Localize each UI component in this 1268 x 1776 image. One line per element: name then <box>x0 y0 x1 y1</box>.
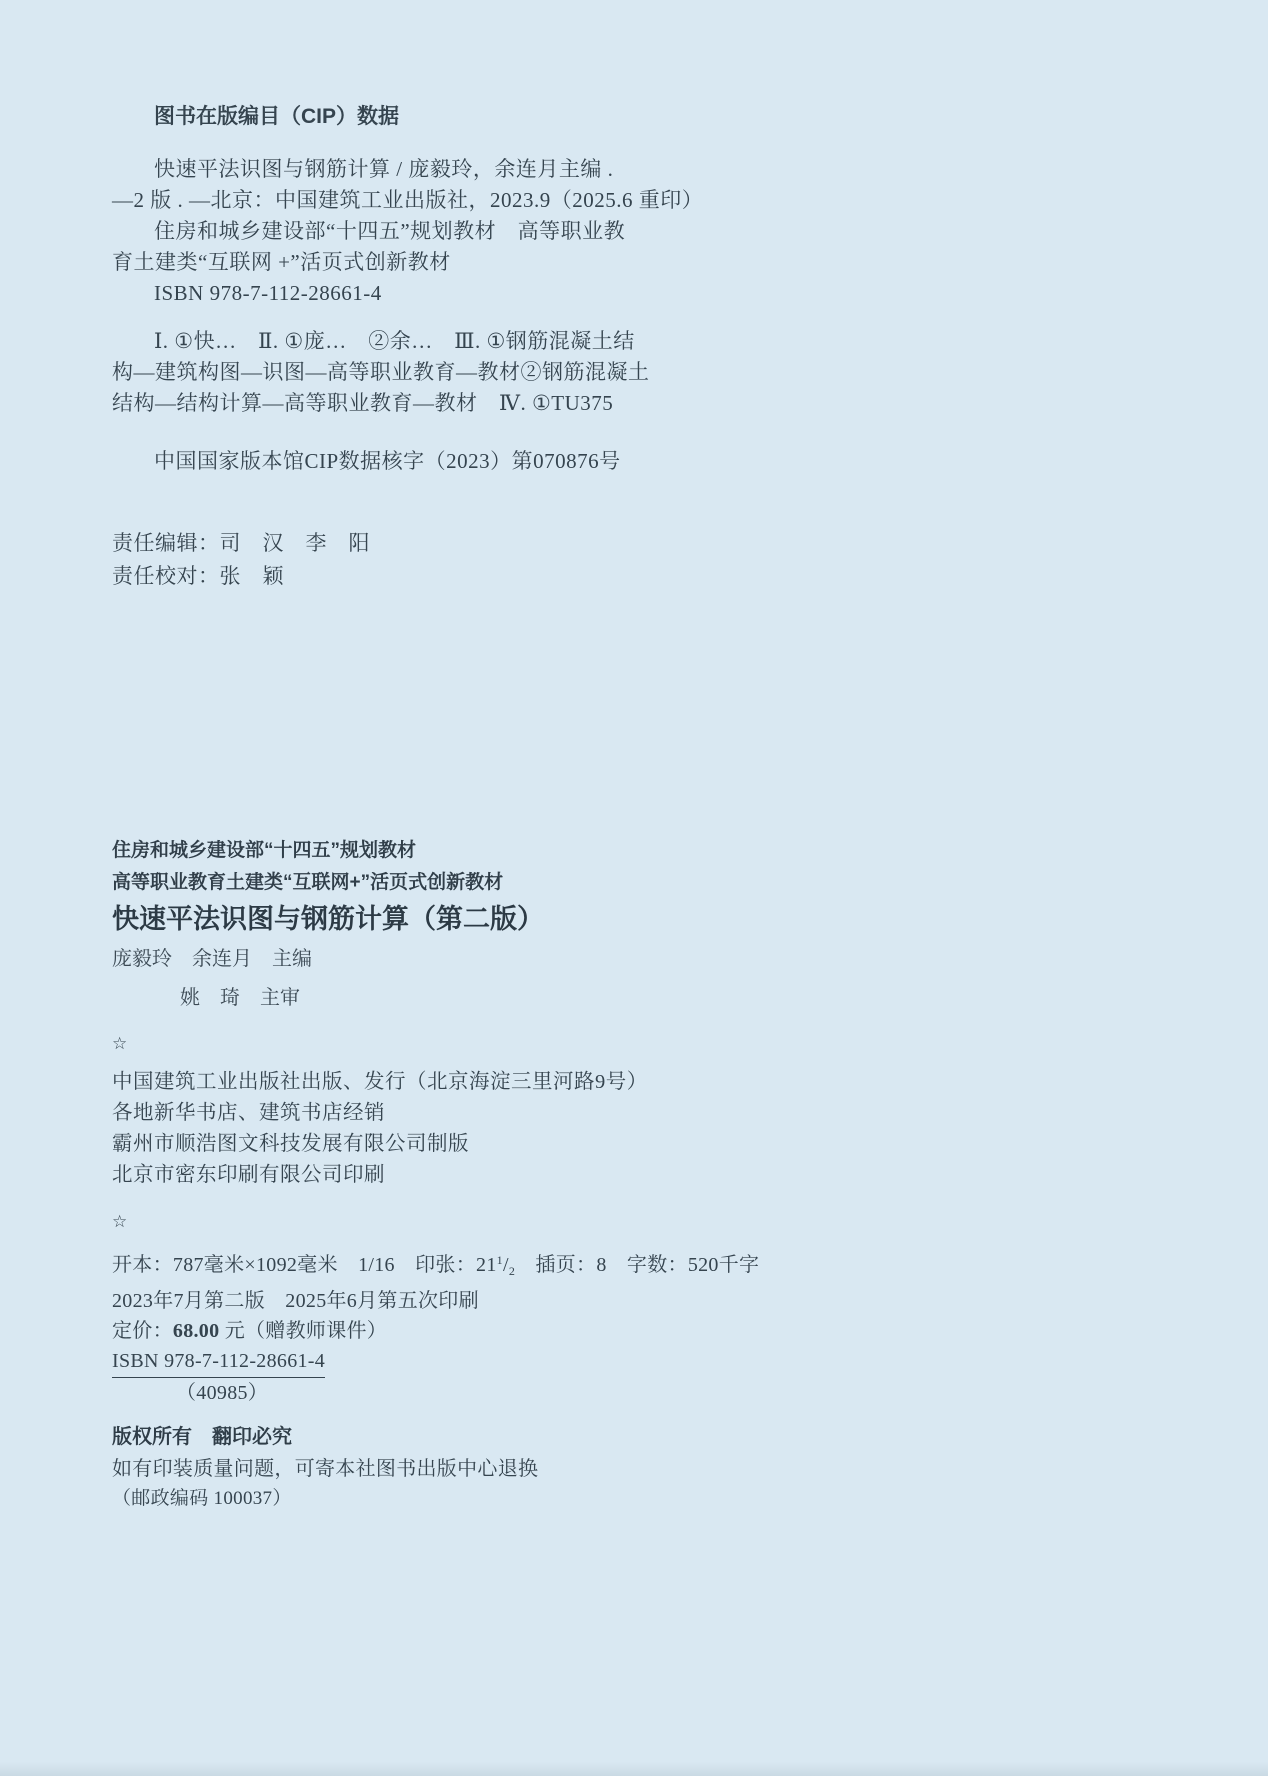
publisher-line: 中国建筑工业出版社出版、发行（北京海淀三里河路9号） <box>112 1067 1178 1098</box>
quality-notice: 如有印装质量问题，可寄本社图书出版中心退换 <box>112 1454 1178 1484</box>
printing-line: 北京市密东印刷有限公司印刷 <box>112 1160 1178 1191</box>
cip-line: —2 版 . —北京：中国建筑工业出版社，2023.9（2025.6 重印） <box>112 185 1178 216</box>
series-title-line: 住房和城乡建设部“十四五”规划教材 <box>112 835 1178 867</box>
price-line: 定价：68.00 元（赠教师课件） <box>112 1316 1178 1346</box>
isbn-line: ISBN 978-7-112-28661-4 <box>112 1346 1178 1378</box>
book-title: 快速平法识图与钢筋计算（第二版） <box>112 902 1178 936</box>
responsible-proofreader-line: 责任校对：张 颖 <box>112 560 1178 593</box>
price-suffix: 元（赠教师课件） <box>219 1320 387 1342</box>
price-label: 定价： <box>112 1320 173 1342</box>
format-spec-line: 开本：787毫米×1092毫米 1/16 印张：211/2 插页：8 字数：52… <box>112 1245 1178 1286</box>
copyright-notice: 版权所有 翻印必究 <box>112 1422 1178 1452</box>
cip-block: 图书在版编目（CIP）数据 快速平法识图与钢筋计算 / 庞毅玲，余连月主编 . … <box>112 100 1178 477</box>
page-bottom-shadow <box>0 1762 1268 1776</box>
colophon-block: 住房和城乡建设部“十四五”规划教材 高等职业教育土建类“互联网+”活页式创新教材… <box>112 835 1178 1514</box>
postcode-line: （邮政编码 100037） <box>112 1484 1178 1514</box>
star-icon: ☆ <box>112 1212 1178 1232</box>
spec-prefix: 开本：787毫米×1092毫米 1/16 印张：21 <box>112 1254 497 1276</box>
typesetting-line: 霸州市顺浩图文科技发展有限公司制版 <box>112 1129 1178 1160</box>
responsible-editor-line: 责任编辑：司 汉 李 阳 <box>112 527 1178 560</box>
cip-line: 快速平法识图与钢筋计算 / 庞毅玲，余连月主编 . <box>112 154 1178 185</box>
cip-record-number: 中国国家版本馆CIP数据核字（2023）第070876号 <box>112 446 1178 477</box>
cip-heading: 图书在版编目（CIP）数据 <box>112 100 1178 130</box>
cip-isbn-line: ISBN 978-7-112-28661-4 <box>112 278 1178 309</box>
spec-block: 开本：787毫米×1092毫米 1/16 印张：211/2 插页：8 字数：52… <box>112 1245 1178 1408</box>
editors-block: 责任编辑：司 汉 李 阳 责任校对：张 颖 <box>112 527 1178 593</box>
isbn-number: ISBN 978-7-112-28661-4 <box>112 1346 325 1378</box>
classification-line: 构—建筑构图—识图—高等职业教育—教材②钢筋混凝土 <box>112 357 1178 388</box>
cip-line: 育土建类“互联网 +”活页式创新教材 <box>112 247 1178 278</box>
classification-line: Ⅰ. ①快… Ⅱ. ①庞… ②余… Ⅲ. ①钢筋混凝土结 <box>112 326 1178 357</box>
reviewer-line: 姚 琦 主审 <box>112 983 1178 1013</box>
authors-line: 庞毅玲 余连月 主编 <box>112 944 1178 974</box>
book-code-line: （40985） <box>112 1378 1178 1408</box>
price-value: 68.00 <box>173 1320 220 1342</box>
edition-printing-line: 2023年7月第二版 2025年6月第五次印刷 <box>112 1286 1178 1316</box>
copyright-page: 图书在版编目（CIP）数据 快速平法识图与钢筋计算 / 庞毅玲，余连月主编 . … <box>0 0 1268 1776</box>
cip-classification: Ⅰ. ①快… Ⅱ. ①庞… ②余… Ⅲ. ①钢筋混凝土结 构—建筑构图—识图—高… <box>112 326 1178 419</box>
distribution-line: 各地新华书店、建筑书店经销 <box>112 1098 1178 1129</box>
star-icon: ☆ <box>112 1034 1178 1054</box>
series-title-line: 高等职业教育土建类“互联网+”活页式创新教材 <box>112 867 1178 899</box>
spec-suffix: 插页：8 字数：520千字 <box>515 1254 759 1276</box>
classification-line: 结构—结构计算—高等职业教育—教材 Ⅳ. ①TU375 <box>112 388 1178 419</box>
cip-line: 住房和城乡建设部“十四五”规划教材 高等职业教 <box>112 216 1178 247</box>
